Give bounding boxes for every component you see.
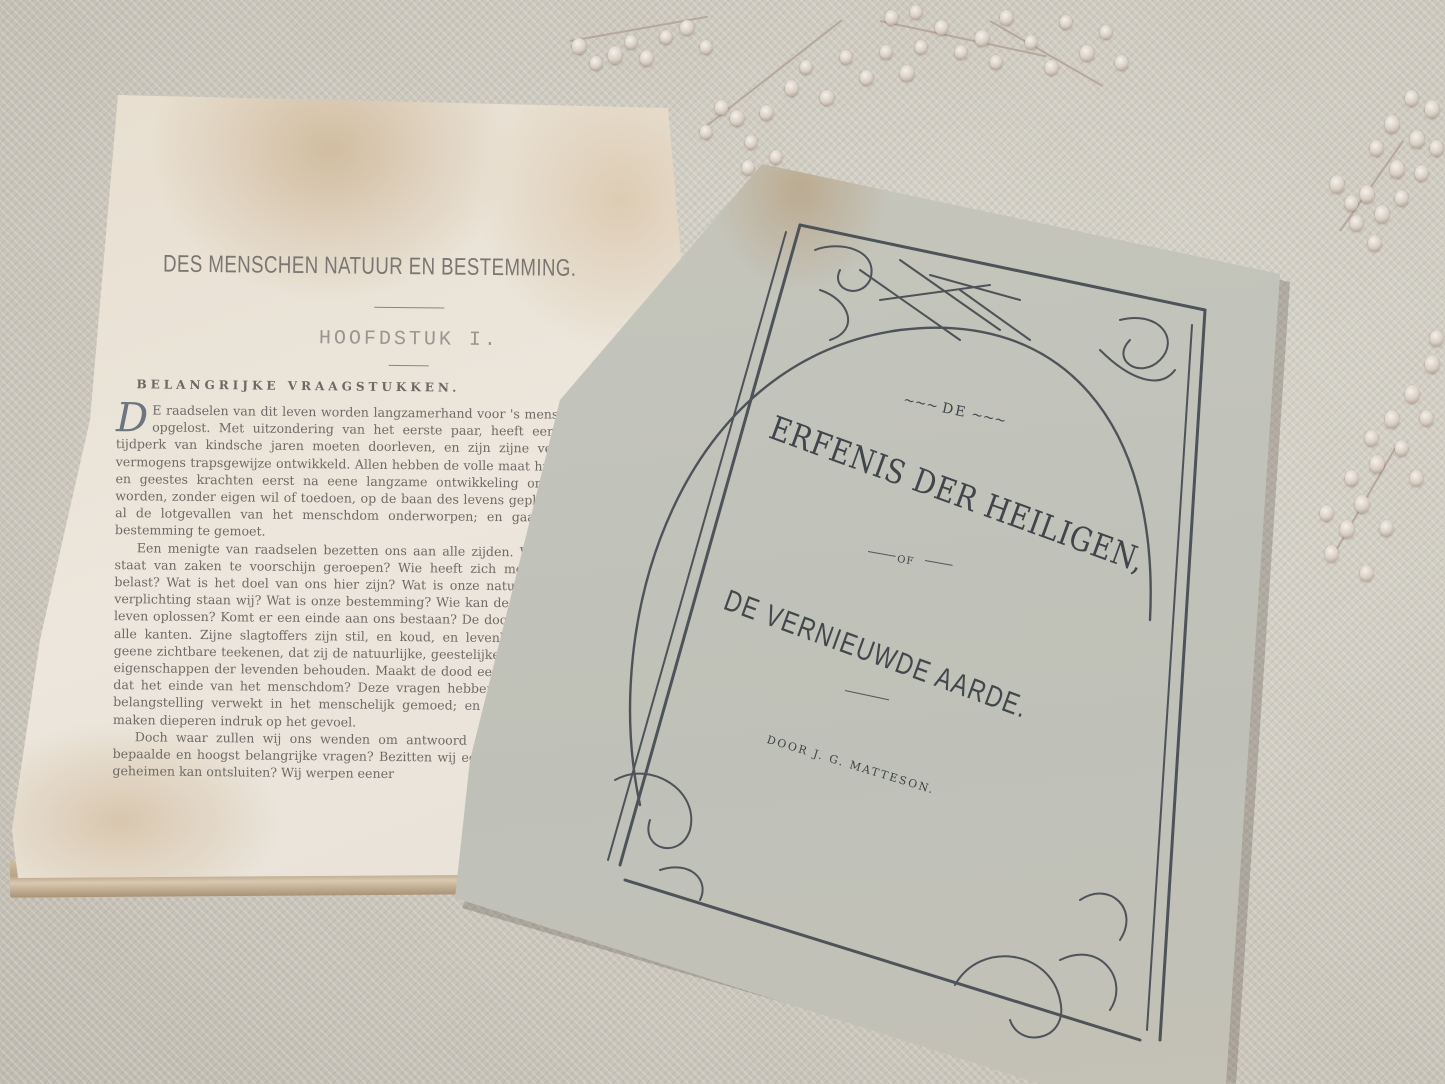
right-book: ~~~ DE ~~~ ERFENIS DER HEILIGEN, OF DE V… bbox=[0, 0, 1445, 1084]
ornamental-frame-icon bbox=[0, 0, 1445, 1084]
photo-scene: DES MENSCHEN NATUUR EN BESTEMMING. HOOFD… bbox=[0, 0, 1445, 1084]
